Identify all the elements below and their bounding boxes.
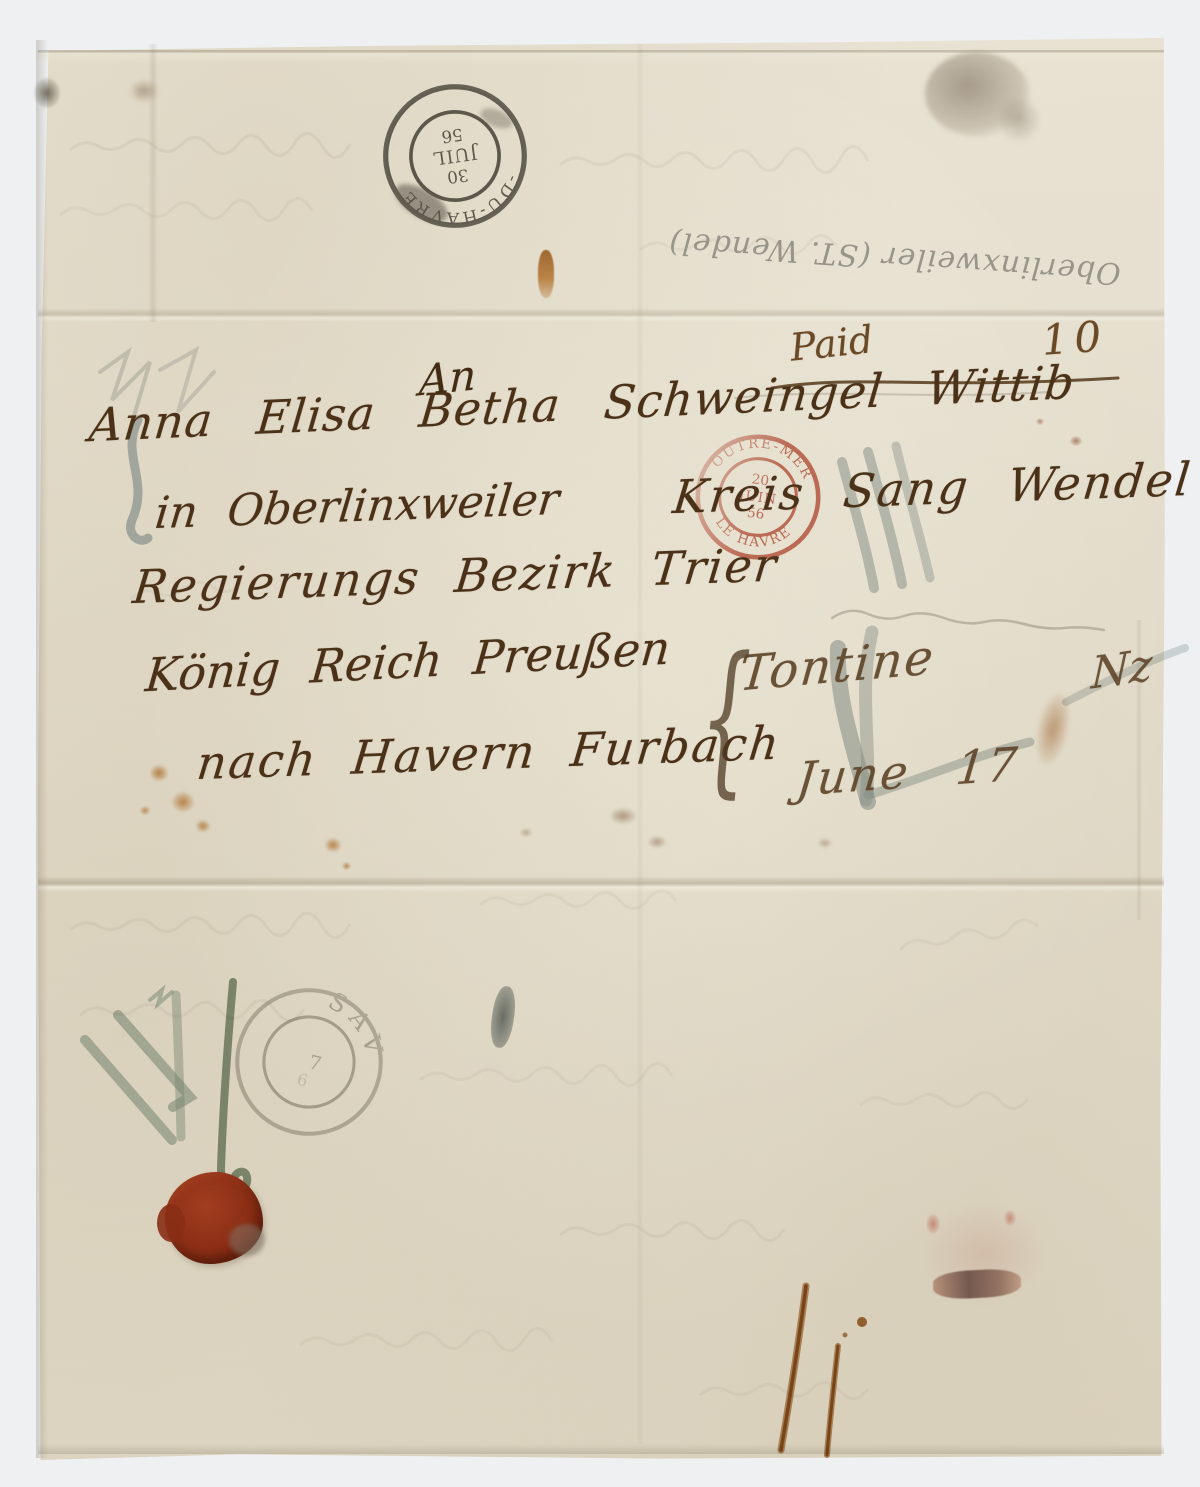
letter-photo: -DU-HAVRE 30 JUIL 56 OUTRE-MER LE HAVRE … bbox=[0, 0, 1200, 1487]
transit-date-year: 56 bbox=[440, 125, 464, 148]
svg-text:SAV: SAV bbox=[314, 984, 404, 1069]
havre-transit-postmark: -DU-HAVRE 30 JUIL 56 bbox=[360, 61, 550, 251]
arrival-center-digit2: 6 bbox=[295, 1070, 310, 1091]
routing-suffix: Nz bbox=[1090, 639, 1153, 699]
arrival-ring-text: SAV bbox=[314, 984, 404, 1069]
wax-seal-blob bbox=[157, 1204, 185, 1242]
transit-date-day: 30 bbox=[446, 165, 470, 188]
wax-seal bbox=[165, 1172, 263, 1264]
wax-seal-mottle bbox=[229, 1224, 265, 1256]
paid-label: Paid bbox=[788, 317, 875, 369]
